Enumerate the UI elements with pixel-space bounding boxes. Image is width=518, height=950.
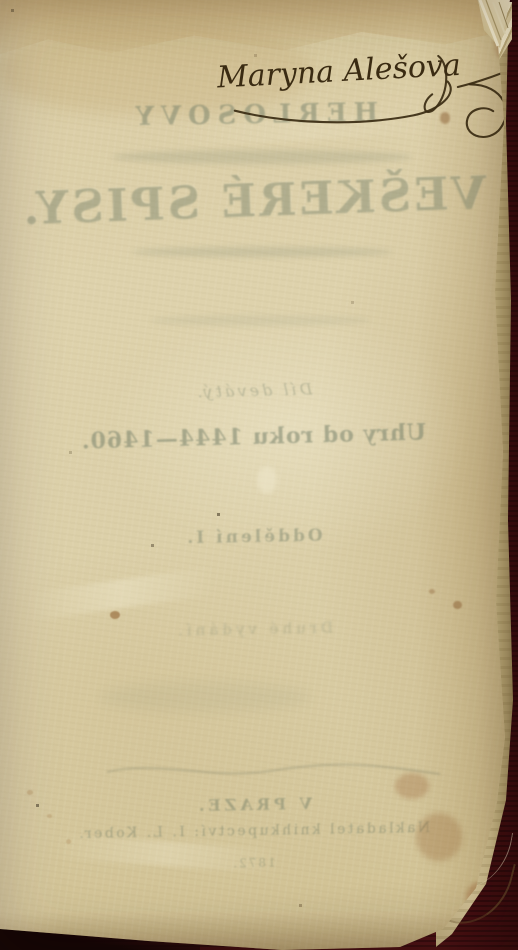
showthrough-smudge: [100, 682, 310, 712]
signature-flourish: [465, 83, 508, 138]
paper-light-spot: [257, 466, 277, 494]
stain-bottom-right: [416, 813, 462, 861]
foxing-spot: [429, 589, 435, 594]
book-photo: HERLOSOVY VEŠKERÉ SPISY. Díl devátý. Uhr…: [0, 0, 518, 950]
foxing-dot: [47, 814, 52, 818]
foxing-dot: [66, 839, 71, 844]
foxing-spot: [110, 611, 120, 619]
showthrough-smudge: [150, 315, 370, 326]
wavy-crease-line: [102, 752, 446, 786]
book-page: HERLOSOVY VEŠKERÉ SPISY. Díl devátý. Uhr…: [0, 0, 507, 950]
showthrough-smudge: [132, 247, 392, 257]
foxing-dot: [27, 790, 33, 795]
signature-text: Maryna Alešova: [215, 48, 461, 96]
dog-ear-creases: [470, 0, 518, 58]
stain-bottom-right: [395, 773, 429, 799]
paper-specks: [0, 0, 1, 1]
dog-ear-fold: [470, 0, 518, 58]
foxing-spot: [453, 601, 462, 609]
